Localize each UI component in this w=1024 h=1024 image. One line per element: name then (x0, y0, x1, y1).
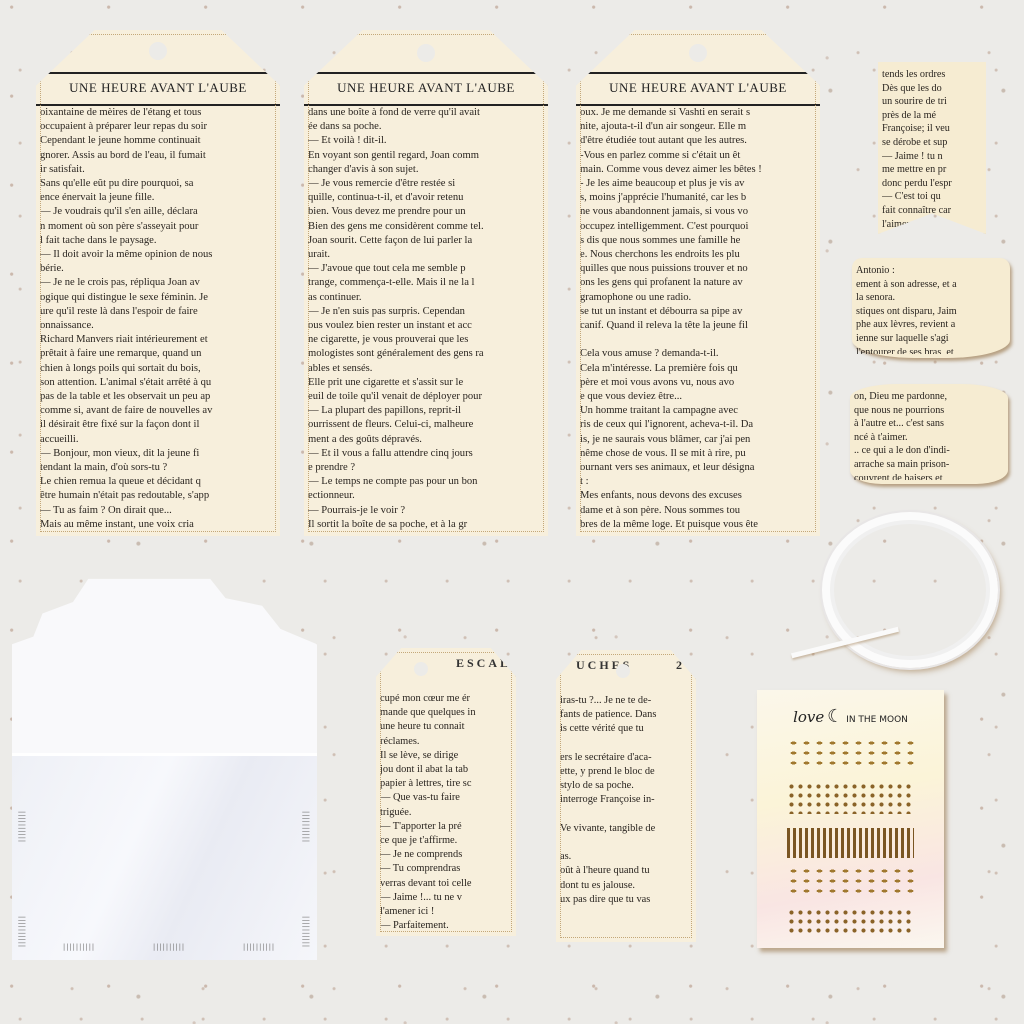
text-line: accueilli. (40, 433, 276, 447)
text-line: ourrissent de fleurs. Celui-ci, malheure (308, 418, 544, 432)
text-line: ectionneur. (308, 489, 544, 503)
text-line: Françoise; il veu (882, 122, 984, 136)
text-line: papier à lettres, tire sc (380, 777, 512, 791)
text-line: — J'avoue que tout cela me semble p (308, 262, 544, 276)
text-line: il désirait être fixé sur la façon dont … (40, 418, 276, 432)
tag-header: ESCAL (456, 656, 511, 671)
text-line: ournant vers ses animaux, et leur désign… (580, 461, 816, 475)
text-line: occupez intelligemment. C'est pourquoi (580, 220, 816, 234)
text-line: dont tu es jalouse. (560, 879, 692, 893)
card-title: love ☾ IN THE MOON (757, 706, 944, 727)
tag-hole (414, 662, 428, 676)
tag-header: UNE HEURE AVANT L'AUBE (36, 72, 280, 106)
text-line: pas de la table et les observait un peu … (40, 390, 276, 404)
text-line (580, 333, 816, 347)
text-line: — Je voudrais qu'il s'en aille, déclara (40, 205, 276, 219)
text-line: bérie. (40, 262, 276, 276)
text-line: Le chien remua la queue et décidant q (40, 475, 276, 489)
text-line: Richard Manvers riait intérieurement et (40, 333, 276, 347)
tag-hole (689, 44, 707, 62)
text-line: ure qu'il reste là dans l'espoir de fair… (40, 305, 276, 319)
text-line: oixantaine de mèires de l'étang et tous (40, 106, 276, 120)
text-line: — Je ne comprends (380, 848, 512, 862)
text-line: la senora. (856, 291, 1008, 305)
text-line: main. Comme vous devez aimer les bêtes ! (580, 163, 816, 177)
text-line: ence énervait la jeune fille. (40, 191, 276, 205)
text-line: nite, ajouta-t-il d'un air songeur. Elle… (580, 120, 816, 134)
scrap-text: Antonio :ement à son adresse, et ala sen… (856, 264, 1008, 354)
pocket-front (12, 753, 317, 960)
text-line (560, 921, 692, 935)
text-line: Ve vivante, tangible de (560, 822, 692, 836)
text-line: Antonio : (856, 264, 1008, 278)
stitch-mark: |||||||||| (18, 810, 26, 842)
text-line: tendant la main, d'où sors-tu ? (40, 461, 276, 475)
text-line: mande que quelques in (380, 706, 512, 720)
scrap-text: on, Dieu me pardonne,que nous ne pourrio… (854, 390, 1006, 480)
text-line: ienne sur laquelle s'agi (856, 332, 1008, 346)
text-line: — Tu as faim ? On dirait que... (40, 504, 276, 518)
glassine-pocket: |||||||||| |||||||||| |||||||||| |||||||… (12, 575, 317, 960)
text-line: donc perdu l'espr (882, 177, 984, 191)
text-line: Il se lève, se dirige (380, 749, 512, 763)
text-line: Il sortit la boîte de sa poche, et à la … (308, 518, 544, 530)
text-line: nême chose de vous. Il se mit à rire, pu (580, 447, 816, 461)
text-line: triguée. (380, 806, 512, 820)
text-line: Cependant le jeune homme continuait (40, 134, 276, 148)
pattern-scattered-ovals (787, 738, 914, 770)
text-line: - Je les aime beaucoup et plus je vis av (580, 177, 816, 191)
text-line: — Je ne le crois pas, répliqua Joan av (40, 276, 276, 290)
text-line (560, 737, 692, 751)
text-line: — Et voilà ! dit-il. (308, 134, 544, 148)
text-line: l'entourer de ses bras, et (856, 346, 1008, 354)
text-line: — Et il vous a fallu attendre cinq jours (308, 447, 544, 461)
stitch-mark: |||||||||| (302, 915, 310, 947)
tag-text: iras-tu ?... Je ne te de-fants de patien… (560, 694, 692, 936)
text-line (560, 836, 692, 850)
text-line: réclames. (380, 735, 512, 749)
pattern-dot-grid (787, 782, 914, 814)
tag-text: dans une boîte à fond de verre qu'il ava… (308, 106, 544, 530)
text-line: verras devant toi celle (380, 877, 512, 891)
text-line: comme si, avant de faire de nouvelles av (40, 404, 276, 418)
text-line: e prendre ? (308, 461, 544, 475)
text-line: is cette vérité que tu (560, 722, 692, 736)
page-number: 2 (676, 658, 685, 673)
stitch-mark: |||||||||| (18, 915, 26, 947)
tag-hole (149, 42, 167, 60)
text-line: Bien des gens me considèrent comme tel. (308, 220, 544, 234)
text-line: s, moins j'apprécie l'humanité, car les … (580, 191, 816, 205)
text-line: quille, continua-t-il, et d'avoir retenu (308, 191, 544, 205)
vintage-book-tag-3: UNE HEURE AVANT L'AUBE oux. Je me demand… (576, 30, 820, 536)
text-line: son attention. L'animal s'était arrêté à… (40, 376, 276, 390)
text-line: -Vous en parlez comme si c'était un êt (580, 149, 816, 163)
text-line: — Il doit avoir la même opinion de nous (40, 248, 276, 262)
vintage-book-tag-2: UNE HEURE AVANT L'AUBE dans une boîte à … (304, 30, 548, 536)
text-line: ogique qui distingue le sexe féminin. Je (40, 291, 276, 305)
text-line: Dès que les do (882, 82, 984, 96)
text-line: se dérobe et sup (882, 136, 984, 150)
tag-text: oux. Je me demande si Vashti en serait s… (580, 106, 816, 530)
tag-header: UNE HEURE AVANT L'AUBE (304, 72, 548, 106)
banner-scrap: tends les ordres Dès que les doun sourir… (878, 62, 986, 234)
text-line: En voyant son gentil regard, Joan comm (308, 149, 544, 163)
text-line: arrache sa main prison- (854, 458, 1006, 472)
text-line: dans une boîte à fond de verre qu'il ava… (308, 106, 544, 120)
text-line: fait connaître car (882, 204, 984, 218)
tag-text: cupé mon cœur me érmande que quelques in… (380, 692, 512, 930)
text-line: ables et sensés. (308, 362, 544, 376)
tag-hole (616, 664, 630, 678)
text-line: — Tu comprendras (380, 862, 512, 876)
text-line: quilles que nous puissions trouver et no (580, 262, 816, 276)
stitch-mark: |||||||||| (242, 943, 274, 951)
text-line: Mes enfants, nous devons des excuses (580, 489, 816, 503)
pattern-dot-grid (787, 908, 914, 936)
text-line: à l'autre et... c'est sans (854, 417, 1006, 431)
text-line: bien. Vous devez me prendre pour un (308, 205, 544, 219)
text-line: gnorer. Assis au bord de l'eau, il fumai… (40, 149, 276, 163)
crescent-moon-icon: ☾ (827, 706, 843, 727)
text-line: ement à son adresse, et a (856, 278, 1008, 292)
text-line: gramophone ou une radio. (580, 291, 816, 305)
tag-text: oixantaine de mèires de l'étang et touso… (40, 106, 276, 530)
text-line: occupaient à préparer leur repas du soir (40, 120, 276, 134)
text-line: Un homme traitant la campagne avec (580, 404, 816, 418)
text-line: chien à longs poils qui sortait du bois, (40, 362, 276, 376)
vintage-book-tag-1: UNE HEURE AVANT L'AUBE oixantaine de mèi… (36, 30, 280, 536)
text-line: — Je n'en suis pas surpris. Cependan (308, 305, 544, 319)
text-line: Elle prit une cigarette et s'assit sur l… (308, 376, 544, 390)
text-line: trange, commença-t-elle. Mais il ne la l (308, 276, 544, 290)
text-line: l'amener ici ! (380, 905, 512, 919)
text-line: ment a des goûts dépravés. (308, 433, 544, 447)
small-book-tag-2: UCHES 2 iras-tu ?... Je ne te de-fants d… (556, 650, 696, 942)
text-line: stiques ont disparu, Jaim (856, 305, 1008, 319)
stitch-mark: |||||||||| (62, 943, 94, 951)
text-line: urait. (308, 248, 544, 262)
text-line: cupé mon cœur me ér (380, 692, 512, 706)
text-line: s dis que nous sommes une famille he (580, 234, 816, 248)
small-book-tag-1: ESCAL cupé mon cœur me érmande que quelq… (376, 648, 516, 936)
text-line: oût à l'heure quand tu (560, 864, 692, 878)
text-line: se tut un instant et débourra sa pipe av (580, 305, 816, 319)
text-line: l fait tache dans le paysage. (40, 234, 276, 248)
text-line: — Bonjour, mon vieux, dit la jeune fi (40, 447, 276, 461)
text-line: prêtait à faire une remarque, quand un (40, 347, 276, 361)
text-line: onnaissance. (40, 319, 276, 333)
text-line: on, Dieu me pardonne, (854, 390, 1006, 404)
text-line: t : (580, 475, 816, 489)
text-line: ons les gens qui profanent la nature av (580, 276, 816, 290)
text-line: is, je ne saurais vous blâmer, car j'ai … (580, 433, 816, 447)
text-line: fants de patience. Dans (560, 708, 692, 722)
text-line: — C'est toi qu (882, 190, 984, 204)
text-line: Cela m'intéresse. La première fois qu (580, 362, 816, 376)
text-line: e. Nous cherchons les endroits les plu (580, 248, 816, 262)
text-line: — Que vas-tu faire (380, 791, 512, 805)
text-line: as. (560, 850, 692, 864)
text-line: ux pas dire que tu vas (560, 893, 692, 907)
pattern-vertical-stripes (787, 828, 914, 858)
text-line: canif. Quand il releva la tête la jeune … (580, 319, 816, 333)
text-line: d'être étudiée tout autant que les autre… (580, 134, 816, 148)
text-line: Mais au même instant, une voix cria (40, 518, 276, 530)
text-line: — Je vous remercie d'être restée si (308, 177, 544, 191)
text-line: près de la mé (882, 109, 984, 123)
scrap-text: tends les ordres Dès que les doun sourir… (882, 68, 984, 230)
text-line: — Parfaitement. (380, 919, 512, 930)
text-line: — Le temps ne compte pas pour un bon (308, 475, 544, 489)
text-line: as continuer. (308, 291, 544, 305)
text-line: changer d'avis à son sujet. (308, 163, 544, 177)
love-in-the-moon-card: love ☾ IN THE MOON (757, 690, 944, 948)
text-line: me mettre en pr (882, 163, 984, 177)
tag-hole (417, 44, 435, 62)
text-line: ette, y prend le bloc de (560, 765, 692, 779)
text-line: mologistes sont généralement des gens ra (308, 347, 544, 361)
card-title-caps: IN THE MOON (846, 715, 908, 725)
text-line: Joan sourit. Cette façon de lui parler l… (308, 234, 544, 248)
text-line: l'aimer. (882, 218, 984, 230)
text-line: être humain n'était pas redoutable, s'ap… (40, 489, 276, 503)
text-line (560, 907, 692, 921)
text-line: — Pourrais-je le voir ? (308, 504, 544, 518)
text-line: tends les ordres (882, 68, 984, 82)
text-line: ncé à t'aimer. (854, 431, 1006, 445)
text-line: ne cigarette, je vous prouverai que les (308, 333, 544, 347)
text-line: phe aux lèvres, revient a (856, 318, 1008, 332)
text-line: une heure tu connait (380, 720, 512, 734)
card-title-script: love (793, 708, 824, 726)
text-line: couvrent de baisers et (854, 472, 1006, 480)
stitch-mark: |||||||||| (302, 810, 310, 842)
text-line: jou dont il abat la tab (380, 763, 512, 777)
text-line: ous voulez bien rester un instant et acc (308, 319, 544, 333)
text-line: Cela vous amuse ? demanda-t-il. (580, 347, 816, 361)
text-line: .. ce qui a le don d'indi- (854, 444, 1006, 458)
text-line: — T'apporter la pré (380, 820, 512, 834)
pattern-scattered-ovals (787, 866, 914, 898)
text-line: bres de la même loge. Et puisque vous êt… (580, 518, 816, 530)
text-line: stylo de sa poche. (560, 779, 692, 793)
tag-header: UNE HEURE AVANT L'AUBE (576, 72, 820, 106)
text-line: n moment où son père s'asseyait pour (40, 220, 276, 234)
text-line (560, 808, 692, 822)
text-line: euil de toile qu'il venait de déployer p… (308, 390, 544, 404)
text-line: — Jaime ! tu n (882, 150, 984, 164)
stitch-mark: |||||||||| (152, 943, 184, 951)
text-line: — La plupart des papillons, reprit-il (308, 404, 544, 418)
text-line: ris de ceux qui l'ignorent, acheva-t-il.… (580, 418, 816, 432)
text-line: 'or le marquis de San- (560, 935, 692, 936)
label-scrap-2: on, Dieu me pardonne,que nous ne pourrio… (850, 384, 1008, 484)
label-scrap-1: Antonio :ement à son adresse, et ala sen… (852, 258, 1010, 358)
text-line: ée dans sa poche. (308, 120, 544, 134)
text-line: — Jaime !... tu ne v (380, 891, 512, 905)
text-line: ne vous abandonnent jamais, si vous vo (580, 205, 816, 219)
text-line: père et moi vous avons vu, nous avo (580, 376, 816, 390)
white-twine-coil (822, 512, 998, 668)
text-line: ers le secrétaire d'aca- (560, 751, 692, 765)
text-line: un sourire de tri (882, 95, 984, 109)
text-line: interroge Françoise in- (560, 793, 692, 807)
text-line: ir satisfait. (40, 163, 276, 177)
text-line: Sans qu'elle eût pu dire pourquoi, sa (40, 177, 276, 191)
text-line: oux. Je me demande si Vashti en serait s (580, 106, 816, 120)
text-line: ce que je t'affirme. (380, 834, 512, 848)
text-line: iras-tu ?... Je ne te de- (560, 694, 692, 708)
text-line: dame et à son père. Nous sommes tou (580, 504, 816, 518)
text-line: que nous ne pourrions (854, 404, 1006, 418)
text-line: e que vous deviez être... (580, 390, 816, 404)
